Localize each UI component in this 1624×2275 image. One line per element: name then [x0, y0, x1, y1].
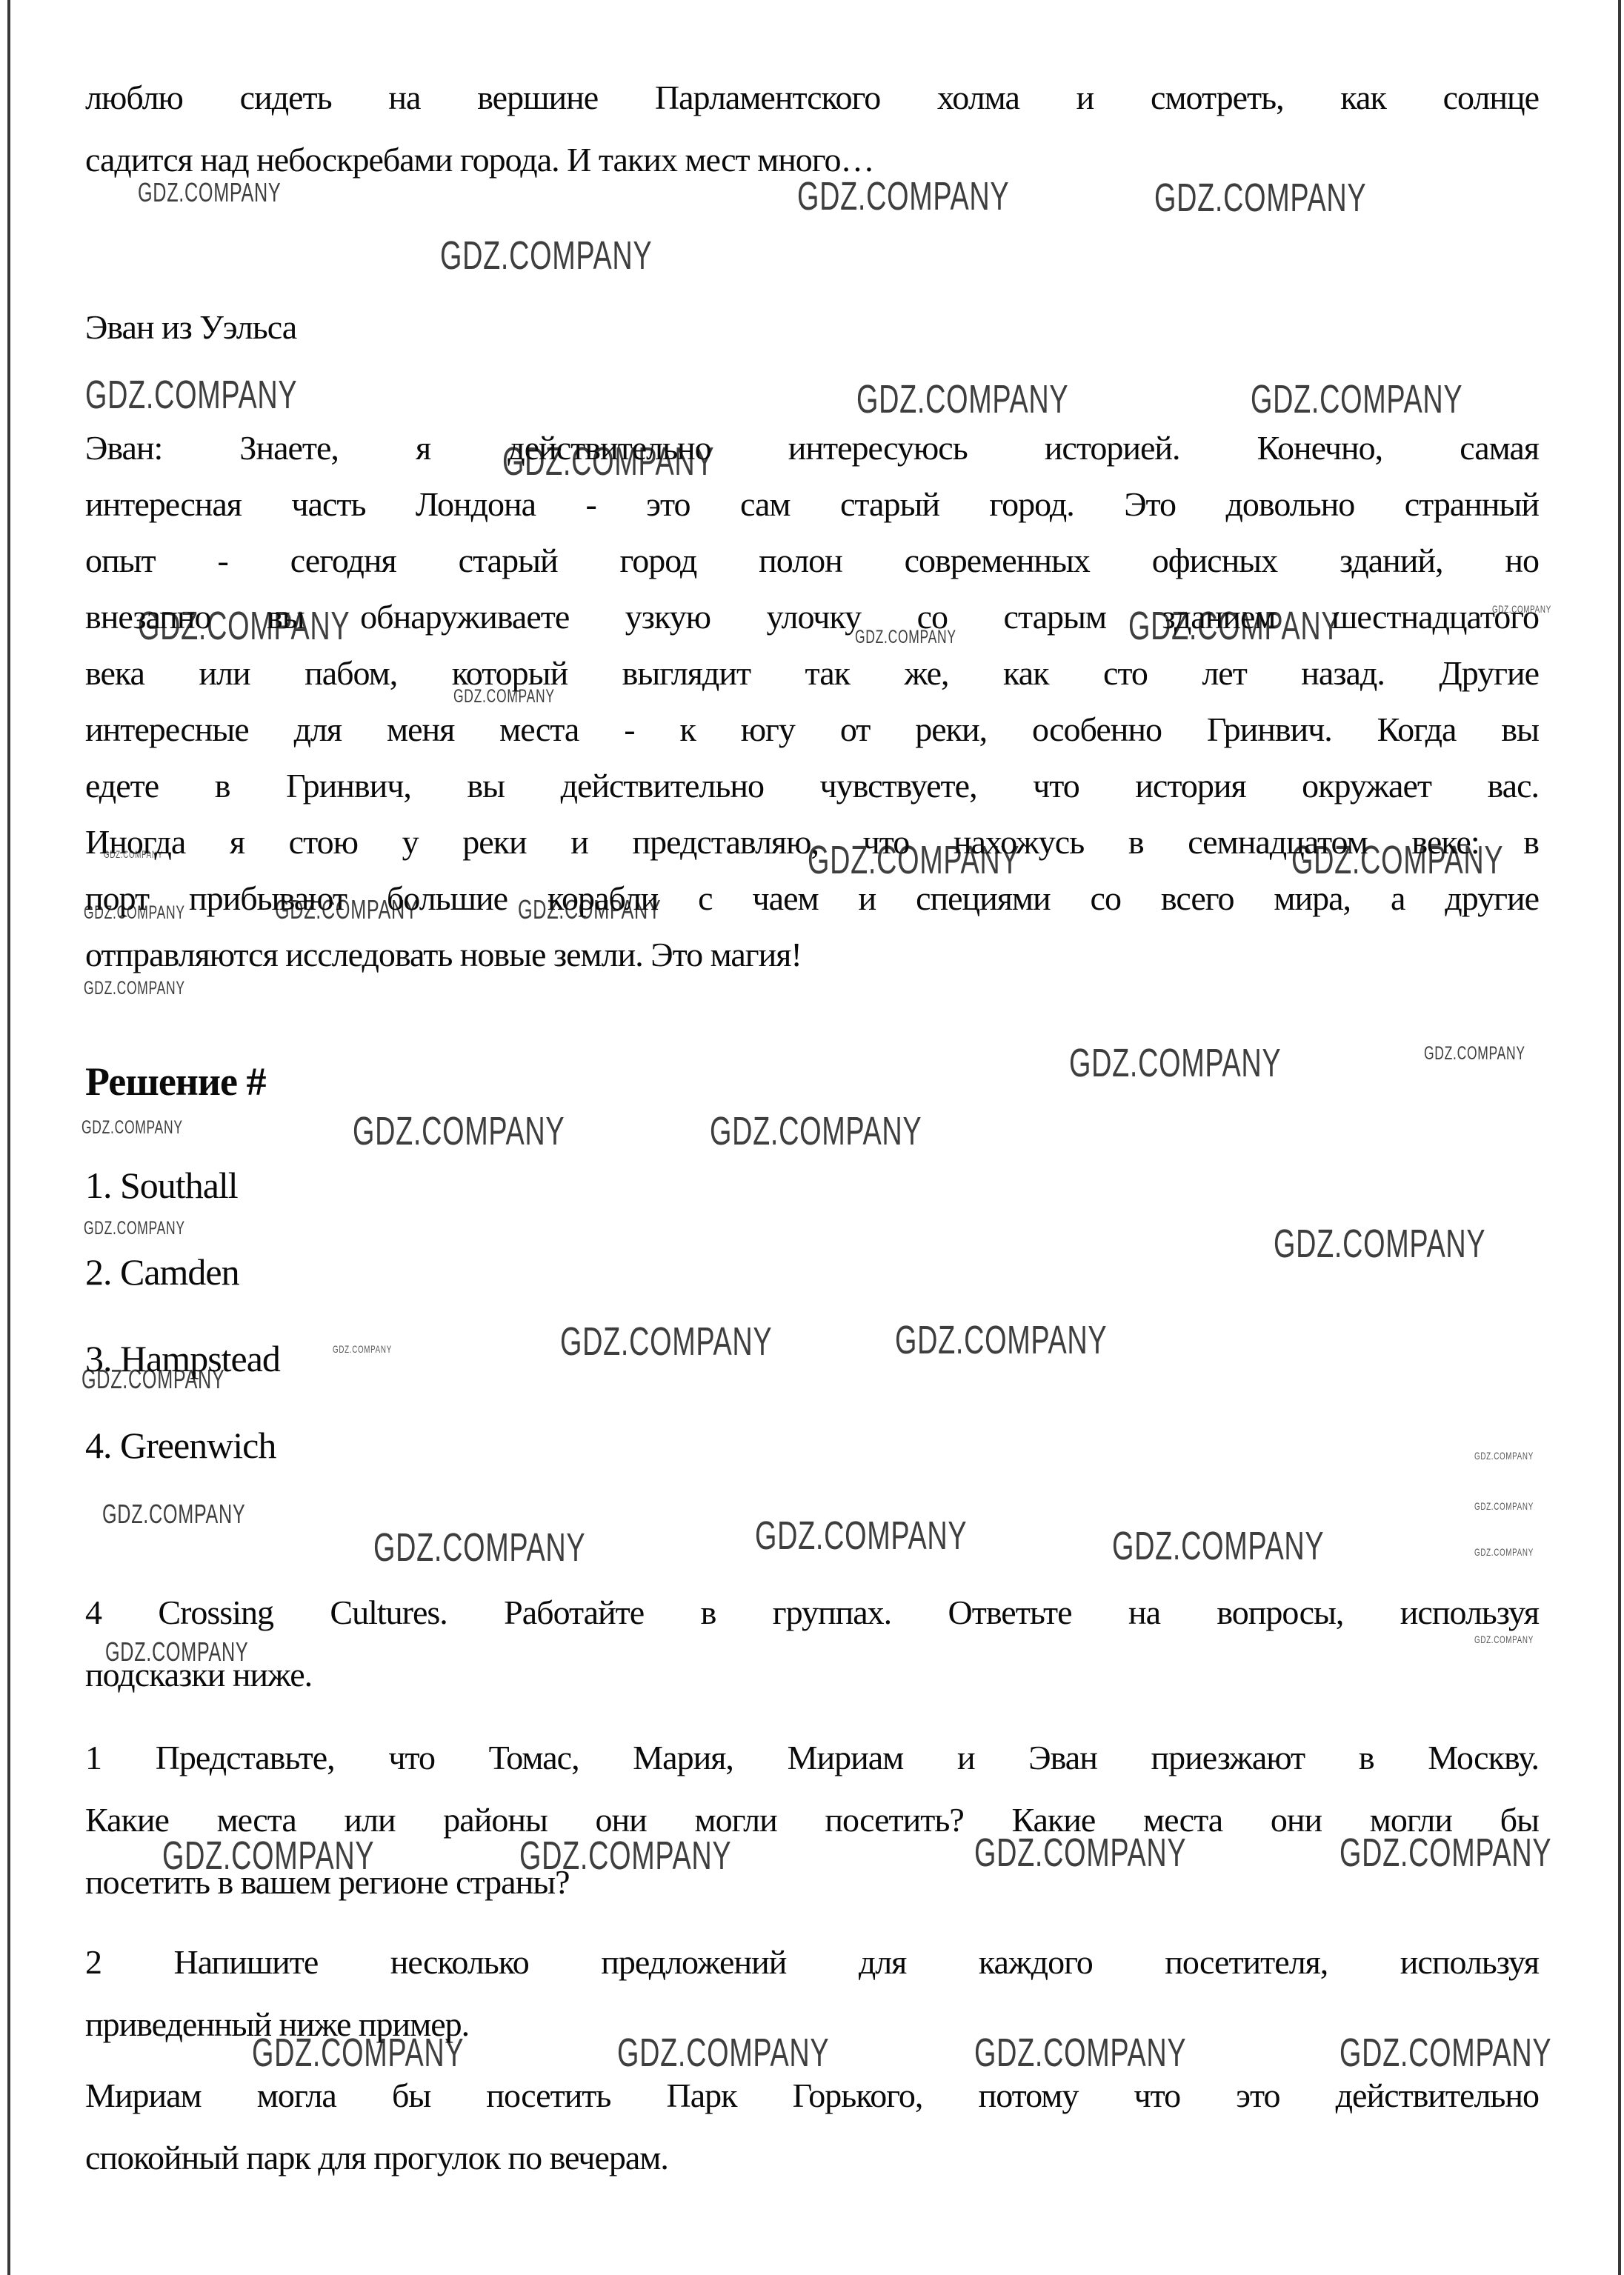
watermark: GDZ.COMPANY	[440, 236, 652, 276]
text-line: 4. Greenwich	[85, 1402, 1539, 1489]
text-line: люблю сидеть на вершине Парламентского х…	[85, 67, 1539, 129]
watermark: GDZ.COMPANY	[1474, 1501, 1534, 1511]
text-line: Эван: Знаете, я действительно интересуюс…	[85, 420, 1539, 476]
text-line: посетить в вашем регионе страны?	[85, 1851, 1539, 1913]
evan-section-heading: Эван из Уэльса	[85, 305, 1539, 350]
question-1: 1 Представьте, что Томас, Мария, Мириам …	[85, 1727, 1539, 1913]
text-line: интересные для меня места - к югу от рек…	[85, 702, 1539, 758]
watermark: GDZ.COMPANY	[755, 1516, 967, 1556]
watermark: GDZ.COMPANY	[1112, 1526, 1324, 1566]
text-line: 2. Camden	[85, 1229, 1539, 1316]
text-line: опыт - сегодня старый город полон соврем…	[85, 533, 1539, 589]
text-line: Какие места или районы они могли посетит…	[85, 1789, 1539, 1851]
text-line: века или пабом, который выглядит так же,…	[85, 645, 1539, 702]
watermark: GDZ.COMPANY	[373, 1528, 585, 1568]
text-line: Иногда я стою у реки и представляю, что …	[85, 814, 1539, 870]
text-line: приведенный ниже пример.	[85, 1993, 1539, 2056]
text-line: Мириам могла бы посетить Парк Горького, …	[85, 2065, 1539, 2127]
text-line: садится над небоскребами города. И таких…	[85, 129, 1539, 191]
watermark: GDZ.COMPANY	[1474, 1547, 1534, 1557]
watermark: GDZ.COMPANY	[1424, 1045, 1525, 1063]
text-line: 4 Crossing Cultures. Работайте в группах…	[85, 1582, 1539, 1644]
watermark: GDZ.COMPANY	[1069, 1043, 1281, 1083]
text-line: едете в Гринвич, вы действительно чувств…	[85, 758, 1539, 814]
example-sentence: Мириам могла бы посетить Парк Горького, …	[85, 2065, 1539, 2189]
text-line: внезапно вы обнаруживаете узкую улочку с…	[85, 589, 1539, 645]
scan-edge-left	[7, 0, 10, 2275]
watermark: GDZ.COMPANY	[856, 379, 1068, 419]
text-line: Эван из Уэльса	[85, 305, 1539, 350]
evan-paragraph: Эван: Знаете, я действительно интересуюс…	[85, 420, 1539, 983]
watermark: GDZ.COMPANY	[102, 1501, 245, 1528]
text-line: 1 Представьте, что Томас, Мария, Мириам …	[85, 1727, 1539, 1789]
text-line: отправляются исследовать новые земли. Эт…	[85, 927, 1539, 983]
text-line: порт прибывают большие корабли с чаем и …	[85, 870, 1539, 927]
watermark: GDZ.COMPANY	[85, 375, 297, 415]
watermark: GDZ.COMPANY	[81, 1119, 183, 1137]
text-line: подсказки ниже.	[85, 1644, 1539, 1706]
scan-edge-right	[1618, 0, 1621, 2275]
question-2: 2 Напишите несколько предложений для каж…	[85, 1931, 1539, 2056]
text-line: 1. Southall	[85, 1142, 1539, 1229]
text-line: 2 Напишите несколько предложений для каж…	[85, 1931, 1539, 1993]
solution-list: 1. Southall2. Camden3. Hampstead4. Green…	[85, 1142, 1539, 1489]
solution-heading: Решение #	[85, 1059, 266, 1104]
text-line: спокойный парк для прогулок по вечерам.	[85, 2127, 1539, 2189]
document-page: GDZ.COMPANYGDZ.COMPANYGDZ.COMPANYGDZ.COM…	[0, 0, 1624, 2275]
intro-paragraph: люблю сидеть на вершине Парламентского х…	[85, 67, 1539, 191]
text-line: 3. Hampstead	[85, 1316, 1539, 1402]
task4-instructions: 4 Crossing Cultures. Работайте в группах…	[85, 1582, 1539, 1706]
text-line: интересная часть Лондона - это сам стары…	[85, 476, 1539, 533]
watermark: GDZ.COMPANY	[1251, 379, 1462, 419]
